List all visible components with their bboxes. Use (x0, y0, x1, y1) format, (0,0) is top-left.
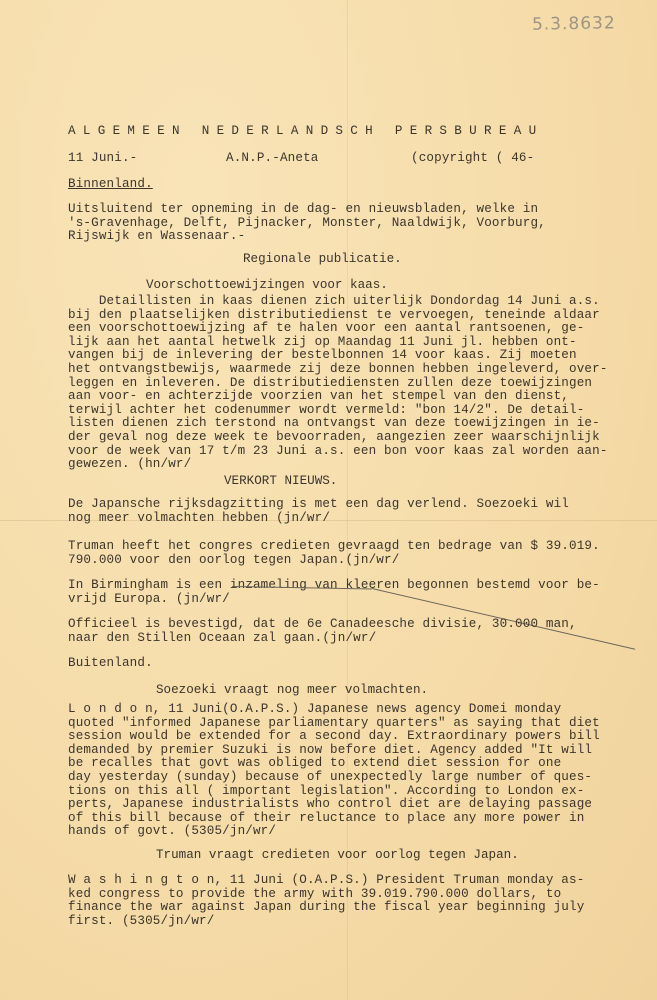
body-line: tions on this all ( important legislatio… (68, 784, 584, 798)
body-line: der geval nog deze week te bevoorraden, … (68, 430, 600, 444)
header-copyright: (copyright ( 46- (411, 152, 534, 166)
intro-line: Rijswijk en Wassenaar.- (68, 229, 245, 243)
article-body-kaas: Detaillisten in kaas dienen zich uiterli… (68, 295, 608, 472)
intro-line: 's-Gravenhage, Delft, Pijnacker, Monster… (68, 216, 546, 230)
body-line: of this bill because of their reluctance… (68, 811, 584, 825)
body-line: be recalles that govt was obliged to ext… (68, 756, 561, 770)
body-line: een voorschottoewijzing af te halen voor… (68, 321, 584, 335)
body-line: Detaillisten in kaas dienen zich uiterli… (68, 294, 600, 308)
article-title-kaas: Voorschottoewijzingen voor kaas. (146, 278, 388, 292)
intro-paragraph: Uitsluitend ter opneming in de dag- en n… (68, 203, 546, 244)
body-line: ked congress to provide the army with 39… (68, 887, 561, 901)
news-item: Officieel is bevestigd, dat de 6e Canade… (68, 618, 577, 645)
agency-name: ALGEMEEN NEDERLANDSCH PERSBUREAU (68, 125, 543, 139)
body-line: terwijl achter het codenummer wordt verm… (68, 403, 584, 417)
body-line: listen dienen zich terstond na ontvangst… (68, 416, 600, 430)
body-line: demanded by premier Suzuki is now before… (68, 743, 592, 757)
news-line: De Japansche rijksdagzitting is met een … (68, 497, 569, 511)
body-line: 11 Juni(O.A.P.S.) Japanese news agency D… (161, 702, 562, 716)
body-line: voor de week van 17 t/m 23 Juni a.s. een… (68, 444, 608, 458)
dateline: W a s h i n g t o n, (68, 873, 222, 887)
body-line: aan voor- en achterzijde voorzien van he… (68, 389, 569, 403)
news-line: In Birmingham is een inzameling van klee… (68, 578, 600, 592)
news-line: nog meer volmachten hebben (jn/wr/ (68, 511, 330, 525)
article-body-truman: W a s h i n g t o n, 11 Juni (O.A.P.S.) … (68, 874, 584, 928)
header-source: A.N.P.-Aneta (226, 152, 319, 166)
news-item: De Japansche rijksdagzitting is met een … (68, 498, 569, 525)
body-line: bij den plaatselijken distributiedienst … (68, 308, 600, 322)
section-title-buitenland: Buitenland. (68, 657, 153, 671)
body-line: session would be extended for a second d… (68, 729, 600, 743)
body-line: vangen bij de inlevering der bestelbonne… (68, 348, 577, 362)
body-line: first. (5305/jn/wr/ (68, 914, 214, 928)
news-item: Truman heeft het congres credieten gevra… (68, 540, 600, 567)
section-title-binnenland: Binnenland. (68, 178, 153, 192)
body-line: finance the war against Japan during the… (68, 900, 584, 914)
news-line: 790.000 voor den oorlog tegen Japan.(jn/… (68, 553, 399, 567)
body-line: hands of govt. (5305/jn/wr/ (68, 824, 276, 838)
document-page: 5.3.8632 ALGEMEEN NEDERLANDSCH PERSBUREA… (0, 0, 657, 1000)
regional-label: Regionale publicatie. (243, 252, 402, 266)
body-line: perts, Japanese industrialists who contr… (68, 797, 592, 811)
body-line: lijk aan het aantal hetwelk zij op Maand… (68, 335, 577, 349)
news-line: naar den Stillen Oceaan zal gaan.(jn/wr/ (68, 631, 376, 645)
article-title-truman: Truman vraagt credieten voor oorlog tege… (156, 848, 519, 862)
body-line: het ontvangstbewijs, waarmede zij deze b… (68, 362, 608, 376)
news-item: In Birmingham is een inzameling van klee… (68, 579, 600, 606)
dateline: L o n d o n, (68, 702, 161, 716)
body-line: day yesterday (sunday) because of unexpe… (68, 770, 592, 784)
intro-line: Uitsluitend ter opneming in de dag- en n… (68, 202, 538, 216)
header-date: 11 Juni.- (68, 152, 137, 166)
archive-number: 5.3.8632 (532, 13, 616, 34)
article-title-soezoeki: Soezoeki vraagt nog meer volmachten. (156, 683, 428, 697)
body-line: leggen en inleveren. De distributiediens… (68, 376, 592, 390)
news-line: Truman heeft het congres credieten gevra… (68, 539, 600, 553)
news-line: Officieel is bevestigd, dat de 6e Canade… (68, 617, 577, 631)
body-line: gewezen. (hn/wr/ (68, 457, 191, 471)
body-line: quoted "informed Japanese parliamentary … (68, 716, 600, 730)
article-body-soezoeki: L o n d o n, 11 Juni(O.A.P.S.) Japanese … (68, 703, 600, 839)
news-line: vrijd Europa. (jn/wr/ (68, 592, 230, 606)
body-line: 11 Juni (O.A.P.S.) President Truman mond… (222, 873, 584, 887)
section-title-verkort-nieuws: VERKORT NIEUWS. (224, 474, 337, 488)
